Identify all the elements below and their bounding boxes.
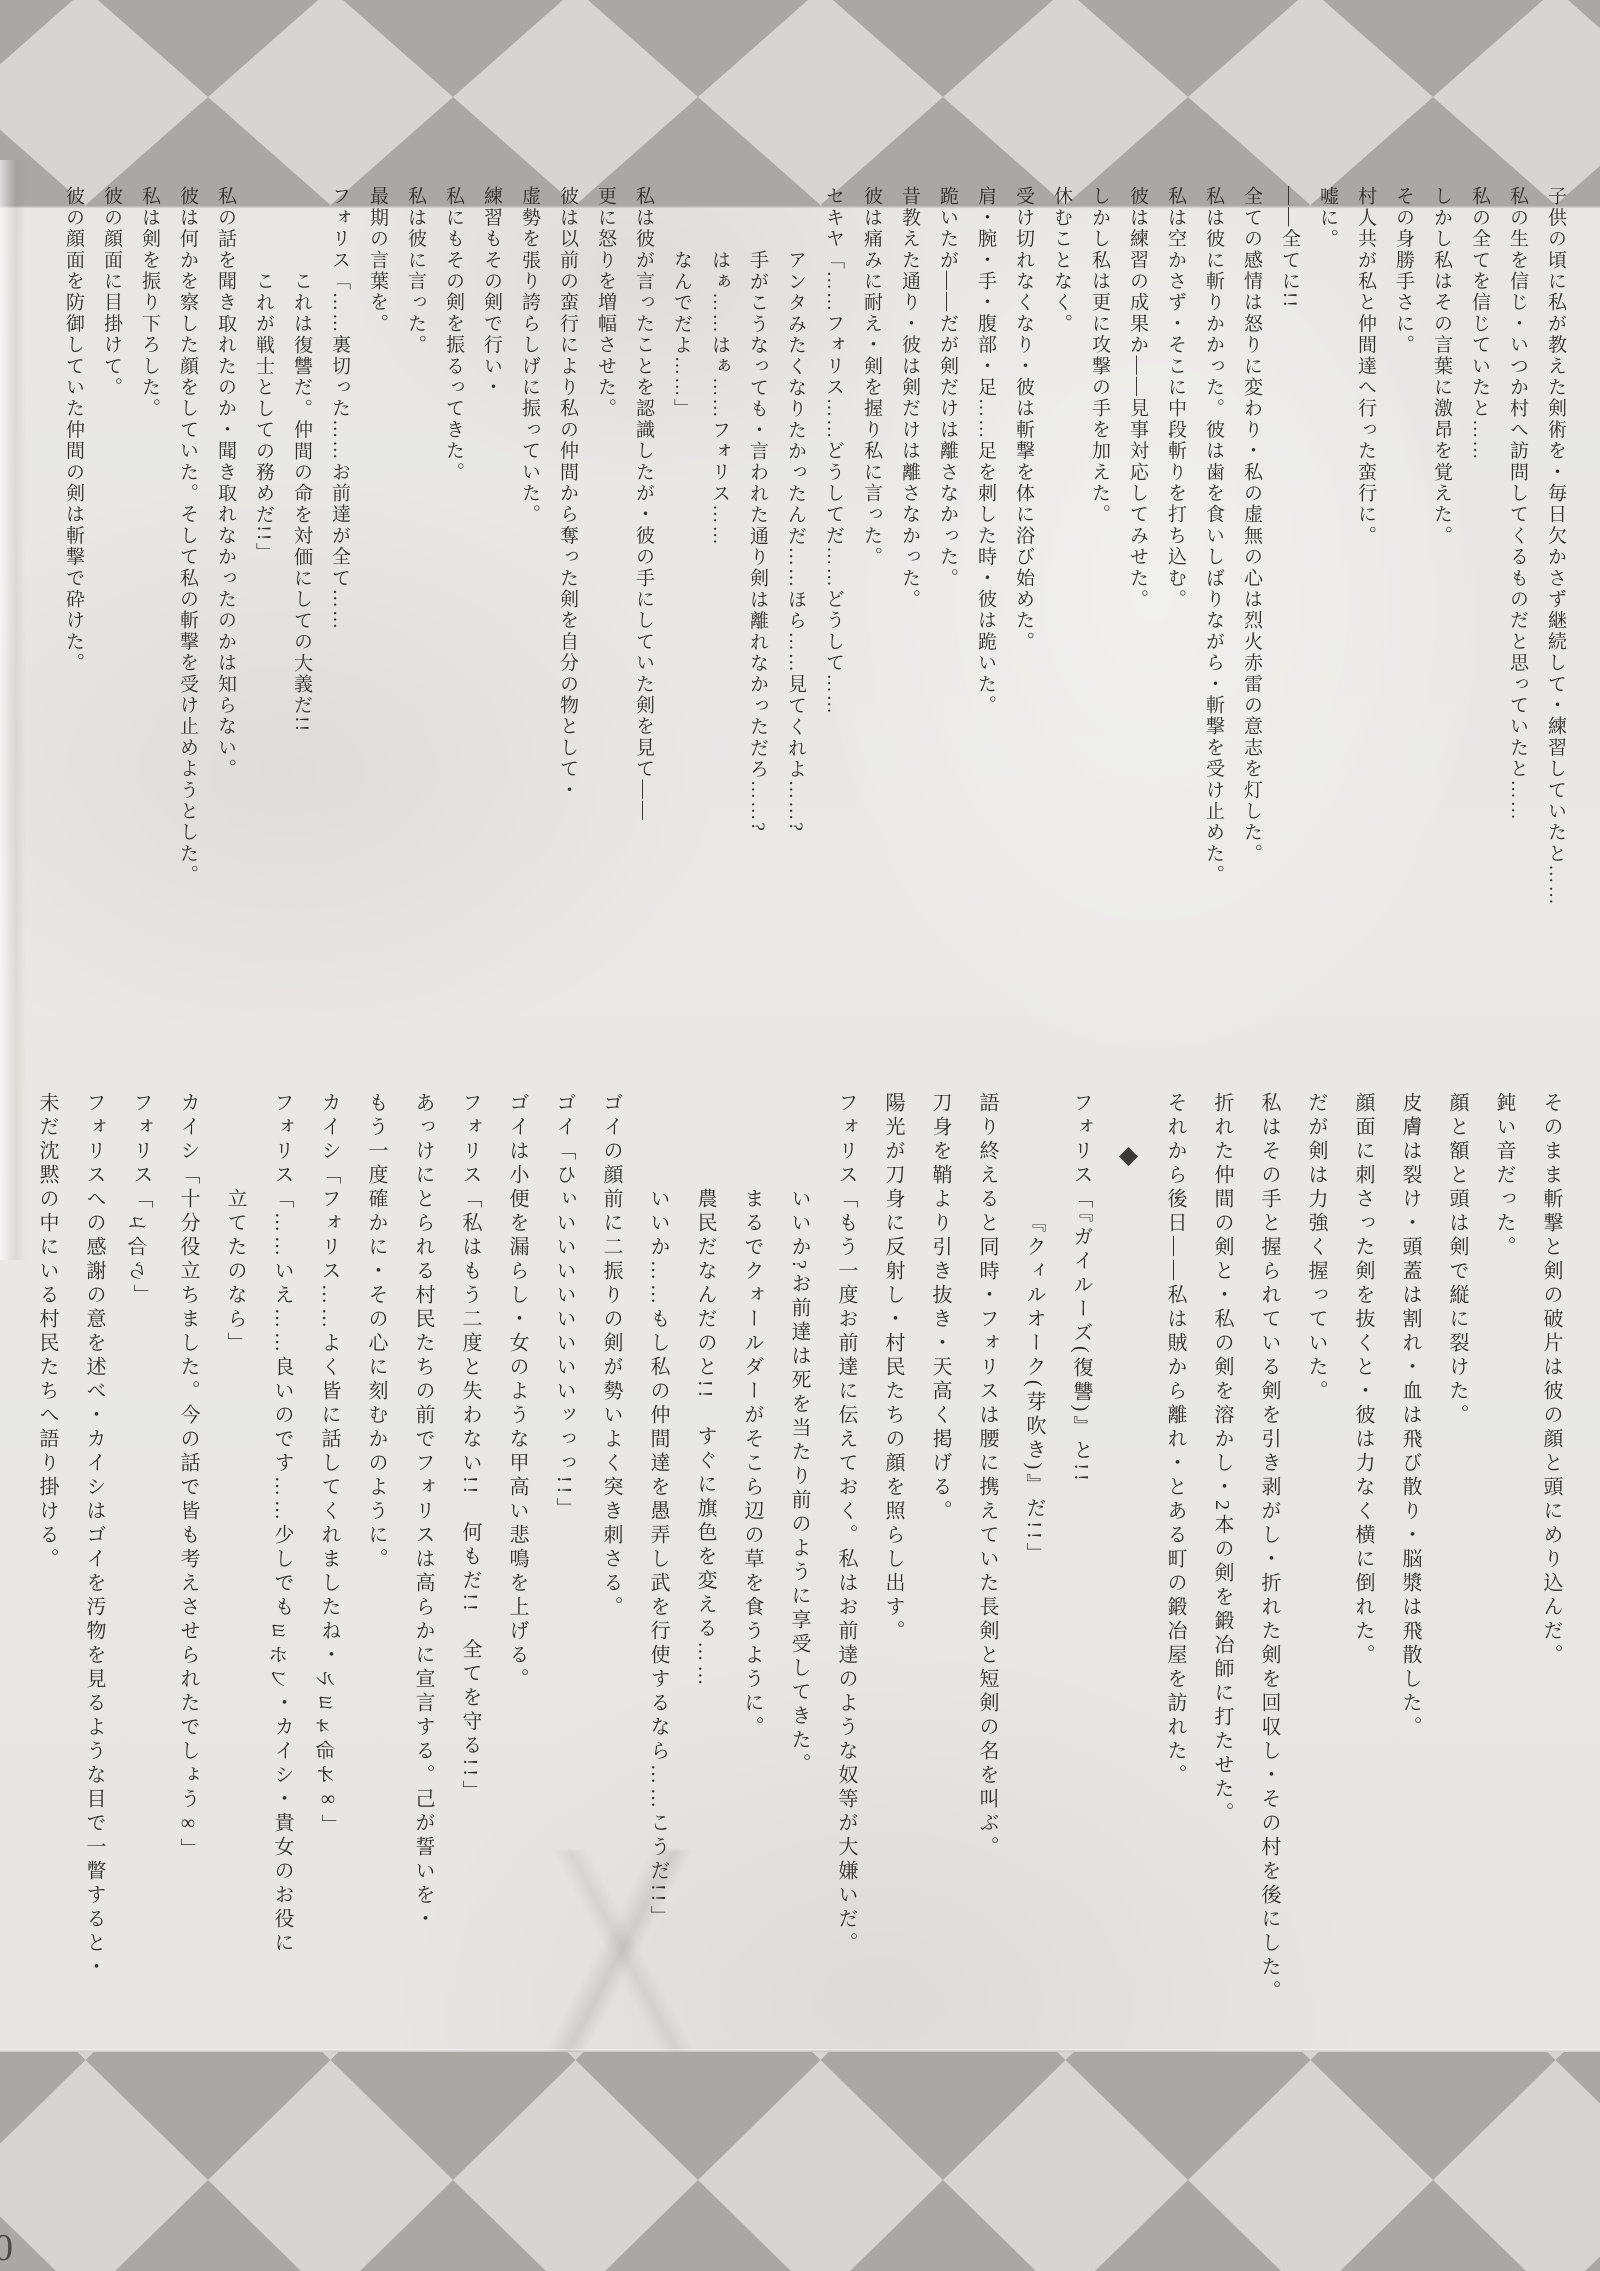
text-run: 虚勢を張り誇らしげに振っていた。 — [519, 186, 540, 525]
text-column: フォリス「もう一度お前達に伝えておく。私はお前達のような奴等が大嫌いだ。 — [822, 1092, 869, 2050]
text-run: フォリスへの感謝の意を述べ・カイシはゴイを汚物を見るような目で一瞥すると・ — [83, 1092, 105, 1980]
text-run: 私は剣を振り下ろした。 — [139, 186, 160, 419]
text-run: 私の生を信じ・いつか村へ訪問してくるものだと思っていたと…… — [1507, 186, 1528, 822]
text-column: 受け切れなくなり・彼は斬撃を体に浴び始めた。 — [1004, 186, 1042, 980]
text-run: 彼の顔面に目掛けて。 — [101, 186, 122, 398]
text-run: 私は彼に言った。 — [405, 186, 426, 356]
text-column: これが戦士としての務めだ!!」 — [244, 186, 282, 980]
text-run: 彼は何かを察した顔をしていた。そして私の斬撃を受け止めようとした。 — [177, 186, 198, 886]
text-column: ゴイは小便を漏らし・女のような甲高い悲鳴を上げる。 — [493, 1092, 540, 2050]
text-run: 彼は以前の蛮行により私の仲間から奪った剣を自分の物として・ — [557, 186, 578, 801]
text-column: 彼は以前の蛮行により私の仲間から奪った剣を自分の物として・ — [548, 186, 586, 980]
text-column: しかし私はその言葉に激昂を覚えた。 — [1422, 186, 1460, 980]
top-diamond-border — [0, 0, 1600, 206]
text-run: 手がこうなっても・言われた通り剣は離れなかっただろ……? — [747, 250, 768, 833]
text-run: 子供の頃に私が教えた剣術を・毎日欠かさず継続して・練習していたと…… — [1545, 186, 1566, 907]
text-column: 私は彼に斬りかかった。彼は歯を食いしばりながら・斬撃を受け止めた。 — [1194, 186, 1232, 980]
text-run: 私の話を聞き取れたのか・聞き取れなかったのかは知らない。 — [215, 186, 236, 780]
text-run: 受け切れなくなり・彼は斬撃を体に浴び始めた。 — [1013, 186, 1034, 652]
text-column: 彼は練習の成果か――見事対応してみせた。 — [1118, 186, 1156, 980]
text-column: 彼は何かを察した顔をしていた。そして私の斬撃を受け止めようとした。 — [168, 186, 206, 980]
text-run: 」 — [130, 1284, 152, 1308]
text-column: これは復讐だ。仲間の命を対価にしての大義だ!! — [282, 186, 320, 980]
text-column: 顔面に刺さった剣を抜くと・彼は力なく横に倒れた。 — [1339, 1092, 1386, 2050]
text-run: 」 — [318, 1814, 340, 1838]
text-column: フォリス「『ガイルーズ(復讐)』と!! — [1057, 1092, 1104, 2050]
text-column: カイシ「フォリス……よく皆に話してくれましたね・ルヨォ命オ∞」 — [305, 1092, 352, 2050]
text-run: 跪いたが――だが剣だけは離さなかった。 — [937, 186, 958, 589]
text-run: フォリス「『ガイルーズ(復讐)』と!! — [1070, 1092, 1092, 1485]
text-run: 刀身を鞘より引き抜き・天高く掲げる。 — [929, 1092, 951, 1524]
text-run: 折れた仲間の剣と・私の剣を溶かし・2本の剣を鍛冶師に打たせた。 — [1211, 1092, 1233, 1826]
text-column: 最期の言葉を。 — [358, 186, 396, 980]
text-column: 肩・腕・手・腹部・足……足を刺した時・彼は跪いた。 — [966, 186, 1004, 980]
text-run: 農民だなんだのと!! すぐに旗色を変える…… — [694, 1188, 716, 1689]
text-column: 折れた仲間の剣と・私の剣を溶かし・2本の剣を鍛冶師に打たせた。 — [1198, 1092, 1245, 2050]
text-run: ・カイシ・貴女のお役に — [271, 1692, 293, 1956]
text-run: 更に怒りを増幅させた。 — [595, 186, 616, 419]
text-column: 昔教えた通り・彼は剣だけは離さなかった。 — [890, 186, 928, 980]
text-run: 鈍い音だった。 — [1493, 1092, 1515, 1260]
text-column: 鈍い音だった。 — [1480, 1092, 1527, 2050]
text-column: 顔と額と頭は剣で縦に裂けた。 — [1433, 1092, 1480, 2050]
text-column: フォリス「……いえ……良いのです……少しでもヨホフ・カイシ・貴女のお役に — [258, 1092, 305, 2050]
text-run: フォリス「……裏切った……お前達が全て…… — [329, 186, 350, 631]
text-run: 立てたのなら」 — [224, 1188, 246, 1356]
section-divider-diamond-icon: ◆ — [1104, 1092, 1151, 2050]
text-column: あっけにとられる村民たちの前でフォリスは高らかに宣言する。己が誓いを・ — [399, 1092, 446, 2050]
text-run: はぁ……はぁ……フォリス…… — [709, 250, 730, 547]
text-run: 最期の言葉を。 — [367, 186, 388, 334]
text-run: ゴイの顔前に二振りの剣が勢いよく突き刺さる。 — [600, 1092, 622, 1620]
text-run: 顔面に刺さった剣を抜くと・彼は力なく横に倒れた。 — [1352, 1092, 1374, 1668]
text-column: フォリスへの感謝の意を述べ・カイシはゴイを汚物を見るような目で一瞥すると・ — [70, 1092, 117, 2050]
text-column: 私の話を聞き取れたのか・聞き取れなかったのかは知らない。 — [206, 186, 244, 980]
text-run: 私はその手と握られている剣を引き剥がし・折れた剣を回収し・その村を後にした。 — [1258, 1092, 1280, 2004]
text-run: なんでだよ……」 — [671, 250, 692, 420]
text-run: 休むことなく。 — [1051, 186, 1072, 334]
text-column: ゴイ「ひぃいいいいいいいいッっっ!!」 — [540, 1092, 587, 2050]
text-run: しかし私はその言葉に激昂を覚えた。 — [1431, 186, 1452, 546]
text-column: いいか?お前達は死を当たり前のように享受してきた。 — [775, 1092, 822, 2050]
text-run: セキヤ「……フォリス……どうしてだ……どうして…… — [823, 186, 844, 716]
text-run: 嘘に。 — [1317, 186, 1338, 250]
text-column: 休むことなく。 — [1042, 186, 1080, 980]
text-run: アンタみたくなりたかったんだ……ほら……見てくれよ……? — [785, 250, 806, 833]
text-run: カイシ「十分役立ちました。今の話で皆も考えさせられたでしょう∞」 — [177, 1092, 199, 1862]
text-column: 語り終えると同時・フォリスは腰に携えていた長剣と短剣の名を叫ぶ。 — [963, 1092, 1010, 2050]
text-run: もう一度確かに・その心に刻むかのように。 — [365, 1092, 387, 1572]
text-run: 私は彼に斬りかかった。彼は歯を食いしばりながら・斬撃を受け止めた。 — [1203, 186, 1224, 886]
text-column: その身勝手さに。 — [1384, 186, 1422, 980]
text-run: 彼の顔面を防御していた仲間の剣は斬撃で砕けた。 — [63, 186, 84, 674]
text-run: 昔教えた通り・彼は剣だけは離さなかった。 — [899, 186, 920, 610]
text-column: 手がこうなっても・言われた通り剣は離れなかっただろ……? — [738, 186, 776, 980]
text-run: これは復讐だ。仲間の命を対価にしての大義だ!! — [291, 271, 312, 733]
text-run: 彼は練習の成果か――見事対応してみせた。 — [1127, 186, 1148, 610]
text-column: 跪いたが――だが剣だけは離さなかった。 — [928, 186, 966, 980]
text-column: フォリス「……裏切った……お前達が全て…… — [320, 186, 358, 980]
text-run: ――全てに!! — [1279, 186, 1300, 309]
text-column: 『クィルオーク(芽吹き)』だ!!」 — [1010, 1092, 1057, 2050]
text-column: フォリス「ユ合ら」 — [117, 1092, 164, 2050]
text-run: フォリス「……いえ……良いのです……少しでも — [271, 1092, 293, 1620]
mirrored-script-text: ルヨォ命オ∞ — [305, 1668, 352, 1814]
text-column: いいか……もし私の仲間達を愚弄し武を行使するなら……こうだ!!」 — [634, 1092, 681, 2050]
text-column: 全ての感情は怒りに変わり・私の虚無の心は烈火赤雷の意志を灯した。 — [1232, 186, 1270, 980]
text-column: まるでクォールダーがそこら辺の草を食うように。 — [728, 1092, 775, 2050]
text-run: 顔と額と頭は剣で縦に裂けた。 — [1446, 1092, 1468, 1428]
text-run: それから後日――私は賊から離れ・とある町の鍛冶屋を訪れた。 — [1164, 1092, 1186, 1788]
text-run: 私にもその剣を振るってきた。 — [443, 186, 464, 483]
mirrored-script-text: ヨホフ — [258, 1620, 305, 1692]
text-column: 立てたのなら」 — [211, 1092, 258, 2050]
lower-text-band: そのまま斬撃と剣の破片は彼の顔と頭にめり込んだ。鈍い音だった。顔と額と頭は剣で縦… — [18, 1092, 1574, 2050]
text-column: ゴイの顔前に二振りの剣が勢いよく突き刺さる。 — [587, 1092, 634, 2050]
text-run: 未だ沈黙の中にいる村民たちへ語り掛ける。 — [36, 1092, 58, 1572]
text-column: 私にもその剣を振るってきた。 — [434, 186, 472, 980]
text-column: 刀身を鞘より引き抜き・天高く掲げる。 — [916, 1092, 963, 2050]
text-run: フォリス「もう一度お前達に伝えておく。私はお前達のような奴等が大嫌いだ。 — [835, 1092, 857, 1956]
text-run: まるでクォールダーがそこら辺の草を食うように。 — [741, 1188, 763, 1740]
text-run: 全ての感情は怒りに変わり・私の虚無の心は烈火赤雷の意志を灯した。 — [1241, 186, 1262, 864]
text-run: これが戦士としての務めだ!!」 — [253, 271, 274, 564]
text-run: ゴイ「ひぃいいいいいいいいッっっ!!」 — [553, 1092, 575, 1521]
text-column: 私の全てを信じていたと…… — [1460, 186, 1498, 980]
text-column: 練習もその剣で行い・ — [472, 186, 510, 980]
text-run: 『クィルオーク(芽吹き)』だ!!」 — [1023, 1212, 1045, 1567]
text-column: 農民だなんだのと!! すぐに旗色を変える…… — [681, 1092, 728, 2050]
text-run: 私の全てを信じていたと…… — [1469, 186, 1490, 462]
text-run: 彼は痛みに耐え・剣を握り私に言った。 — [861, 186, 882, 568]
text-column: 更に怒りを増幅させた。 — [586, 186, 624, 980]
text-column: アンタみたくなりたかったんだ……ほら……見てくれよ……? — [776, 186, 814, 980]
text-column: そのまま斬撃と剣の破片は彼の顔と頭にめり込んだ。 — [1527, 1092, 1574, 2050]
text-column: 彼の顔面に目掛けて。 — [92, 186, 130, 980]
text-column: しかし私は更に攻撃の手を加えた。 — [1080, 186, 1118, 980]
text-column: 私は彼が言ったことを認識したが・彼の手にしていた剣を見て―― — [624, 186, 662, 980]
paper-page: 子供の頃に私が教えた剣術を・毎日欠かさず継続して・練習していたと……私の生を信じ… — [0, 0, 1600, 2271]
text-column: それから後日――私は賊から離れ・とある町の鍛冶屋を訪れた。 — [1151, 1092, 1198, 2050]
text-run: ◆ — [1114, 1140, 1141, 1169]
text-column: 嘘に。 — [1308, 186, 1346, 980]
text-run: しかし私は更に攻撃の手を加えた。 — [1089, 186, 1110, 525]
text-column: フォリス「私はもう二度と失わない!! 何もだ!! 全てを守る!!」 — [446, 1092, 493, 2050]
text-run: あっけにとられる村民たちの前でフォリスは高らかに宣言する。己が誓いを・ — [412, 1092, 434, 1932]
text-run: 村人共が私と仲間達へ行った蛮行に。 — [1355, 186, 1376, 546]
text-column: 彼は痛みに耐え・剣を握り私に言った。 — [852, 186, 890, 980]
text-column: はぁ……はぁ……フォリス…… — [700, 186, 738, 980]
text-column: 未だ沈黙の中にいる村民たちへ語り掛ける。 — [23, 1092, 70, 2050]
text-column: 私は彼に言った。 — [396, 186, 434, 980]
page-number: 0 — [0, 2226, 13, 2270]
text-run: 練習もその剣で行い・ — [481, 186, 502, 398]
text-column: カイシ「十分役立ちました。今の話で皆も考えさせられたでしょう∞」 — [164, 1092, 211, 2050]
text-column: 私は空かさず・そこに中段斬りを打ち込む。 — [1156, 186, 1194, 980]
text-run: だが剣は力強く握っていた。 — [1305, 1092, 1327, 1404]
bottom-diamond-border — [0, 2052, 1600, 2271]
text-run: カイシ「フォリス……よく皆に話してくれましたね・ — [318, 1092, 340, 1668]
text-column: 私はその手と握られている剣を引き剥がし・折れた剣を回収し・その村を後にした。 — [1245, 1092, 1292, 2050]
text-column: 陽光が刀身に反射し・村民たちの顔を照らし出す。 — [869, 1092, 916, 2050]
text-run: ゴイは小便を漏らし・女のような甲高い悲鳴を上げる。 — [506, 1092, 528, 1692]
text-run: 陽光が刀身に反射し・村民たちの顔を照らし出す。 — [882, 1092, 904, 1644]
text-column: 彼の顔面を防御していた仲間の剣は斬撃で砕けた。 — [54, 186, 92, 980]
text-run: 私は空かさず・そこに中段斬りを打ち込む。 — [1165, 186, 1186, 610]
text-column: もう一度確かに・その心に刻むかのように。 — [352, 1092, 399, 2050]
text-column: 村人共が私と仲間達へ行った蛮行に。 — [1346, 186, 1384, 980]
text-run: 私は彼が言ったことを認識したが・彼の手にしていた剣を見て―― — [633, 186, 654, 822]
text-run: フォリス「私はもう二度と失わない!! 何もだ!! 全てを守る!!」 — [459, 1092, 481, 1804]
mirrored-script-text: ユ合ら — [117, 1212, 164, 1284]
text-column: ――全てに!! — [1270, 186, 1308, 980]
text-column: だが剣は力強く握っていた。 — [1292, 1092, 1339, 2050]
text-column: セキヤ「……フォリス……どうしてだ……どうして…… — [814, 186, 852, 980]
upper-text-band: 子供の頃に私が教えた剣術を・毎日欠かさず継続して・練習していたと……私の生を信じ… — [52, 186, 1574, 980]
text-column: 子供の頃に私が教えた剣術を・毎日欠かさず継続して・練習していたと…… — [1536, 186, 1574, 980]
text-run: 皮膚は裂け・頭蓋は割れ・血は飛び散り・脳漿は飛散した。 — [1399, 1092, 1421, 1740]
text-column: 私は剣を振り下ろした。 — [130, 186, 168, 980]
text-run: いいか?お前達は死を当たり前のように享受してきた。 — [788, 1188, 810, 1777]
text-run: その身勝手さに。 — [1393, 186, 1414, 356]
text-run: いいか……もし私の仲間達を愚弄し武を行使するなら……こうだ!!」 — [647, 1188, 669, 1929]
text-column: なんでだよ……」 — [662, 186, 700, 980]
text-run: そのまま斬撃と剣の破片は彼の顔と頭にめり込んだ。 — [1540, 1092, 1562, 1668]
text-column: 虚勢を張り誇らしげに振っていた。 — [510, 186, 548, 980]
text-column: 皮膚は裂け・頭蓋は割れ・血は飛び散り・脳漿は飛散した。 — [1386, 1092, 1433, 2050]
text-column: 私の生を信じ・いつか村へ訪問してくるものだと思っていたと…… — [1498, 186, 1536, 980]
text-run: 肩・腕・手・腹部・足……足を刺した時・彼は跪いた。 — [975, 186, 996, 716]
text-run: フォリス「 — [130, 1092, 152, 1212]
text-run: 語り終えると同時・フォリスは腰に携えていた長剣と短剣の名を叫ぶ。 — [976, 1092, 998, 1860]
